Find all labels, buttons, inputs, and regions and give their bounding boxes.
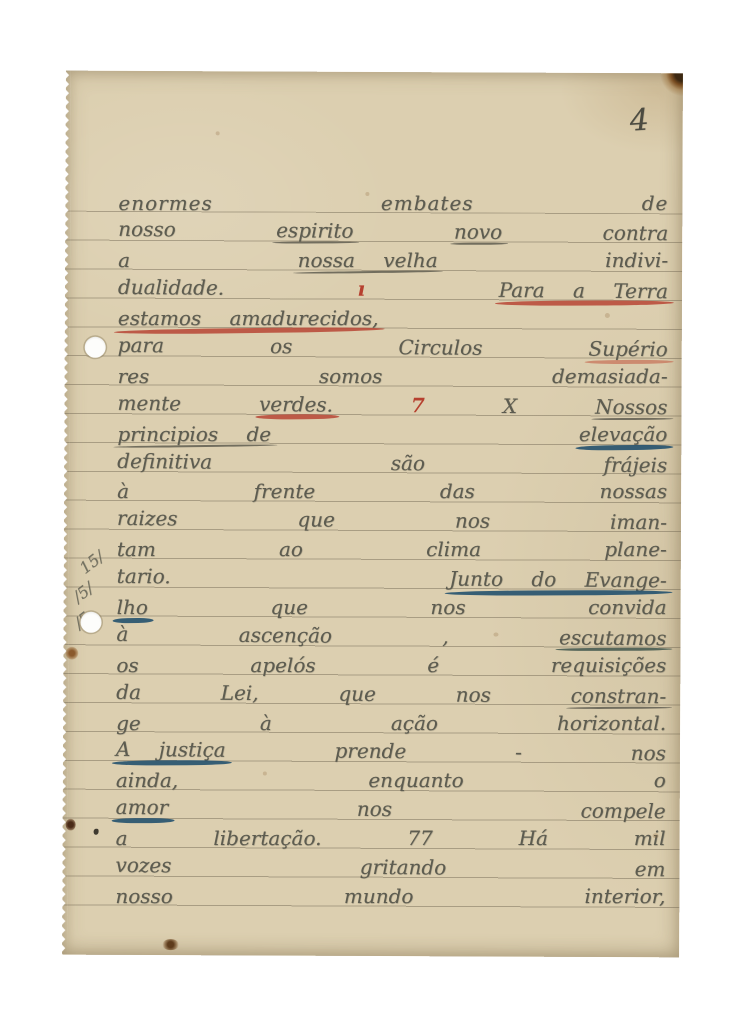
handwritten-word: nossas: [598, 480, 668, 502]
ink-stain: [66, 819, 76, 831]
handwriting-line: raizesquenosiman-: [116, 500, 668, 533]
handwritten-word: amor: [115, 796, 170, 818]
handwriting-line: ressomosdemasiada-: [117, 358, 669, 387]
handwriting-line: osapelósérequisições: [115, 647, 667, 676]
handwritten-word: raizes: [116, 507, 179, 529]
handwriting-line: ainda,enquantoo: [115, 762, 667, 791]
handwriting-line: nossoespiritonovocontra: [117, 211, 669, 244]
handwritten-word: Há: [518, 827, 549, 849]
handwritten-word: o: [653, 769, 667, 791]
handwritten-word: vozes: [114, 854, 172, 876]
handwritten-word: em: [634, 858, 667, 880]
handwriting-line: A justiçaprende-nos: [115, 731, 667, 764]
handwritten-word: embates: [380, 191, 475, 213]
manuscript-paper: 4 enormesembatesdenossoespiritonovocontr…: [62, 71, 683, 958]
handwritten-word: enquanto: [367, 769, 464, 791]
handwritten-word: que: [269, 596, 309, 618]
handwritten-word: à: [259, 712, 273, 734]
bottom-stain: [162, 939, 179, 950]
handwriting-line: amornoscompele: [115, 789, 667, 822]
handwritten-word: à: [115, 623, 129, 645]
handwritten-word: Lei,: [220, 681, 260, 703]
handwritten-word: frente: [253, 480, 317, 502]
handwritten-word: ainda,: [115, 769, 179, 791]
corner-stain: [657, 73, 683, 99]
handwritten-word: nossa velha: [297, 249, 439, 271]
handwritten-word: mil: [633, 827, 667, 849]
handwriting-line: dualidade.ıPara a Terra: [117, 269, 669, 302]
handwritten-word: -: [514, 741, 523, 763]
handwriting-line: alibertação.77Hámil: [115, 820, 667, 849]
handwriting-line: menteverdes.7XNossos: [116, 385, 668, 418]
handwritten-word: tario.: [116, 565, 172, 587]
handwritten-word: são: [390, 451, 426, 473]
handwritten-word: Circulos: [397, 336, 483, 359]
handwriting-line: estamos amadurecidos,: [117, 300, 669, 329]
handwritten-word: constran-: [570, 684, 668, 707]
handwritten-word: somos: [318, 365, 384, 387]
punch-hole: [80, 612, 101, 633]
handwriting-line: anossa velhaindivi-: [117, 242, 669, 271]
handwriting-line: lhoquenosconvida: [116, 589, 668, 618]
handwritten-word: elevação: [578, 423, 668, 445]
handwritten-word: escutamos: [558, 626, 668, 649]
handwritten-word: das: [439, 480, 476, 502]
handwritten-word: res: [117, 365, 151, 387]
handwritten-word: nos: [454, 510, 491, 532]
handwritten-word: 77: [406, 827, 433, 849]
fox-spot: [493, 633, 498, 637]
handwritten-word: que: [337, 682, 377, 704]
handwriting-line: vozesgritandoem: [114, 847, 666, 880]
handwritten-word: espirito: [275, 219, 355, 242]
handwritten-word: convida: [587, 596, 668, 618]
punch-hole: [85, 337, 106, 358]
handwritten-word: interior,: [583, 885, 666, 907]
handwriting-line: àfrentedasnossas: [116, 473, 668, 502]
handwritten-word: gritando: [359, 856, 448, 879]
fox-spot: [216, 131, 220, 135]
handwritten-word: compele: [580, 800, 667, 823]
handwritten-word: da: [115, 680, 142, 702]
handwritten-word: nos: [429, 596, 466, 618]
handwritten-word: clima: [425, 538, 482, 560]
handwriting-line: tamaoclimaplane-: [116, 531, 668, 560]
handwritten-word: horizontal.: [556, 712, 667, 734]
handwritten-word: X: [502, 395, 518, 417]
manuscript-lines: enormesembatesdenossoespiritonovocontraa…: [114, 183, 669, 908]
rust-stain: [65, 647, 78, 660]
handwritten-word: A justiça: [115, 738, 227, 761]
fox-spot: [263, 772, 267, 776]
handwriting-line: nossomundointerior,: [114, 878, 666, 907]
handwritten-word: requisições: [550, 654, 667, 676]
handwritten-word: ascenção: [238, 624, 333, 647]
handwritten-word: indivi-: [604, 249, 669, 271]
handwritten-word: é: [426, 654, 440, 676]
handwriting-line: principios deelevação: [116, 416, 668, 445]
handwritten-word: Junto do Evange-: [448, 567, 668, 591]
handwritten-word: libertação.: [212, 827, 322, 849]
handwriting-line: daLei,quenosconstran-: [115, 674, 667, 707]
handwritten-word: dualidade.: [117, 276, 225, 299]
page-number: 4: [629, 103, 650, 139]
handwritten-word: estamos amadurecidos,: [117, 307, 380, 329]
handwritten-word: ı: [356, 278, 366, 300]
handwritten-word: apelós: [249, 654, 316, 676]
fox-spot: [365, 192, 369, 196]
handwriting-line: àascenção,escutamos: [115, 616, 667, 649]
handwritten-word: verdes.: [258, 393, 334, 416]
handwriting-line: enormesembatesde: [117, 185, 669, 214]
handwritten-word: nosso: [117, 218, 177, 240]
handwritten-word: novo: [453, 221, 503, 243]
fox-spot: [653, 833, 659, 838]
handwritten-word: a: [115, 827, 129, 849]
handwritten-word: mente: [116, 392, 182, 415]
handwritten-word: nosso: [114, 885, 174, 907]
handwriting-line: definitivasãofrájeis: [116, 442, 668, 475]
handwritten-word: demasiada-: [551, 365, 669, 387]
handwritten-word: lho: [116, 596, 149, 618]
fox-spot: [605, 313, 610, 318]
handwritten-word: nos: [356, 798, 393, 820]
handwritten-word: mundo: [343, 885, 415, 907]
handwriting-line: tario.Junto do Evange-: [116, 558, 668, 591]
handwritten-word: prende: [333, 740, 407, 763]
handwritten-word: ao: [278, 538, 304, 560]
handwritten-word: de: [641, 191, 670, 213]
handwritten-word: Supério: [587, 337, 668, 360]
handwritten-word: plane-: [603, 538, 668, 560]
handwriting-line: paraosCirculosSupério: [117, 327, 669, 360]
handwritten-word: ação: [390, 712, 439, 734]
handwritten-word: iman-: [609, 511, 668, 533]
handwritten-word: 7: [410, 394, 426, 416]
handwritten-word: Para a Terra: [498, 279, 669, 302]
handwritten-word: que: [296, 509, 336, 531]
handwritten-word: Nossos: [594, 395, 669, 418]
handwritten-word: nos: [455, 683, 492, 705]
handwritten-word: tam: [116, 538, 157, 560]
handwritten-word: ,: [441, 625, 450, 647]
scan-background: { "document": { "type_note": "handwritte…: [0, 0, 747, 1024]
handwritten-word: para: [117, 334, 165, 356]
handwritten-word: principios de: [116, 423, 272, 445]
handwritten-word: os: [115, 654, 139, 676]
handwritten-word: definitiva: [116, 449, 213, 472]
handwritten-word: os: [269, 335, 293, 357]
handwriting-line: geàaçãohorizontal.: [115, 705, 667, 734]
